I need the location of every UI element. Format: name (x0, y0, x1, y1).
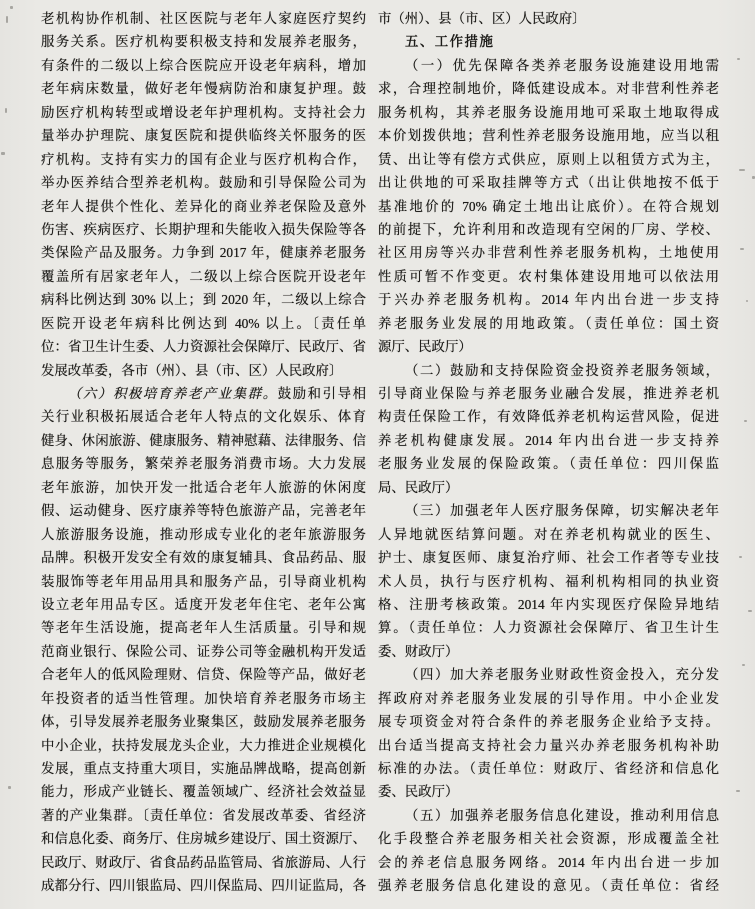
text-line: 疗机构。支持有实力的国有企业与医疗机构合作， (41, 148, 366, 171)
line-text: 体，引导发展养老服务业聚集区，鼓励发展养老服务 (41, 714, 366, 729)
line-text: 量举办护理院、康复医院和提供临终关怀服务的医 (41, 128, 366, 143)
text-line: 范商业银行、保险公司、证券公司等金融机构开发适 (41, 640, 366, 663)
text-line: （三）加强老年人医疗服务保障，切实解决老年 (378, 499, 719, 522)
text-line: 假、运动健身、医疗康养等特色旅游产品，完善老年 (41, 499, 366, 522)
text-line: 社区用房等兴办非营利性养老服务机构，土地使用 (378, 241, 719, 264)
line-text: 标准的办法。（责任单位：财政厅、省经济和信息化 (378, 761, 719, 776)
line-text: 民政厅、财政厅、省食品药品监管局、省旅游局、人行 (41, 855, 366, 870)
line-text: 老年旅游，加快开发一批适合老年人旅游的休闲度 (41, 480, 366, 495)
text-line: 老年病床数量，做好老年慢病防治和康复护理。鼓 (41, 77, 366, 100)
text-line: 于兴办养老服务机构。2014 年内出台进一步支持 (378, 288, 719, 311)
line-text: 格、注册考核政策。2014 年内实现医疗保险异地结 (378, 597, 719, 612)
line-text: 构责任保险工作，有效降低养老机构运营风险，促进 (378, 409, 719, 424)
text-line: 委、民政厅） (378, 780, 719, 803)
line-text: 品牌。积极开发安全有效的康复辅具、食品药品、服 (41, 550, 366, 565)
line-text: 年投资者的适当性管理。加快培育养老服务市场主 (41, 691, 366, 706)
line-text: 健身、休闲旅游、健康服务、精神慰藉、法律服务、信 (41, 433, 366, 448)
line-text: 术人员，执行与医疗机构、福利机构相同的执业资 (378, 574, 719, 589)
text-line: 发展，重点支持重大项目，实施品牌战略，提高创新 (41, 757, 366, 780)
text-line: 合老年人的低风险理财、信贷、保险等产品，做好老 (41, 663, 366, 686)
text-line: 病科比例达到 30% 以上；到 2020 年，二级以上综合 (41, 288, 366, 311)
text-line: 化手段整合养老服务相关社会资源，形成覆盖全社 (378, 827, 719, 850)
text-line: 养老机构健康发展。2014 年内出台进一步支持养 (378, 429, 719, 452)
scan-artifact (10, 6, 13, 9)
text-line: 举办医养结合型养老机构。鼓励和引导保险公司为 (41, 171, 366, 194)
text-line: 本价划拨供地；营利性养老服务设施用地，应当以租 (378, 124, 719, 147)
line-text: （五）加强养老服务信息化建设，推动利用信息 (405, 808, 719, 823)
text-line: 励医疗机构转型或增设老年护理机构。支持社会力 (41, 101, 366, 124)
text-line: 装服饰等老年用品用具和服务产品，引导商业机构 (41, 570, 366, 593)
text-line: 覆盖所有居家老年人，二级以上综合医院开设老年 (41, 265, 366, 288)
line-text: 本价划拨供地；营利性养老服务设施用地，应当以租 (378, 128, 719, 143)
text-line: 年投资者的适当性管理。加快培育养老服务市场主 (41, 687, 366, 710)
text-line: 引导商业保险与养老服务业融合发展，推进养老机 (378, 382, 719, 405)
line-text: 养老服务业发展的用地政策。（责任单位：国土资 (378, 316, 719, 331)
right-text-column: 市（州）、县（市、区）人民政府〕五、工作措施（一）优先保障各类养老服务设施建设用… (378, 7, 719, 898)
line-text: 人异地就医结算问题。对在养老机构就业的医生、 (378, 527, 719, 542)
line-text: 出台适当提高支持社会力量兴办养老服务机构补助 (378, 738, 719, 753)
line-text: （一）优先保障各类养老服务设施建设用地需 (405, 58, 719, 73)
text-line: 标准的办法。（责任单位：财政厅、省经济和信息化 (378, 757, 719, 780)
line-text: 性质可暂不作变更。农村集体建设用地可以依法用 (378, 269, 719, 284)
line-text: 合老年人的低风险理财、信贷、保险等产品，做好老 (41, 667, 366, 682)
text-line: 格、注册考核政策。2014 年内实现医疗保险异地结 (378, 593, 719, 616)
text-line: （一）优先保障各类养老服务设施建设用地需 (378, 54, 719, 77)
text-line: 和信息化委、商务厅、住房城乡建设厅、国土资源厅、 (41, 827, 366, 850)
text-line: 发展改革委，各市（州）、县（市、区）人民政府〕 (41, 359, 366, 382)
line-text: 举办医养结合型养老机构。鼓励和引导保险公司为 (41, 175, 366, 190)
line-text: 范商业银行、保险公司、证券公司等金融机构开发适 (41, 644, 366, 659)
line-text: 委、财政厅） (378, 644, 458, 659)
text-line: 品牌。积极开发安全有效的康复辅具、食品药品、服 (41, 546, 366, 569)
text-line: （二）鼓励和支持保险资金投资养老服务领域， (378, 359, 719, 382)
text-line: 求，合理控制地价，降低建设成本。对非营利性养老 (378, 77, 719, 100)
text-line: 中小企业，扶持发展龙头企业，大力推进企业规模化 (41, 734, 366, 757)
line-text: 出让供地的可采取挂牌等方式（出让供地按不低于 (378, 175, 719, 190)
line-text: 能力，形成产业链长、覆盖领域广、经济社会效益显 (41, 784, 366, 799)
line-text: 会的养老信息服务网络。2014 年内出台进一步加 (378, 855, 719, 870)
line-text: 委、民政厅） (378, 784, 458, 799)
line-text: 强养老服务信息化建设的意见。（责任单位：省经 (378, 878, 719, 893)
line-text: 的前提下，允许利用和改造现有空闲的厂房、学校、 (378, 222, 719, 237)
line-text: 人旅游服务设施，推动形成专业化的老年旅游服务 (41, 527, 366, 542)
line-text: 求，合理控制地价，降低建设成本。对非营利性养老 (378, 81, 719, 96)
scan-artifact (744, 420, 747, 422)
line-text: 源厅、民政厅） (378, 339, 472, 354)
line-text: 老年病床数量，做好老年慢病防治和康复护理。鼓 (41, 81, 366, 96)
text-line: 著的产业集群。〔责任单位：省发展改革委、省经济 (41, 804, 366, 827)
line-text: 中小企业，扶持发展龙头企业，大力推进企业规模化 (41, 738, 366, 753)
section-heading: 五、工作措施 (405, 34, 494, 49)
line-text: 老年人提供个性化、差异化的商业养老保险及意外 (41, 199, 366, 214)
text-line: 老服务业发展的保险政策。（责任单位：四川保监 (378, 452, 719, 475)
line-text: 假、运动健身、医疗康养等特色旅游产品，完善老年 (41, 503, 366, 518)
scan-artifact (746, 300, 748, 302)
text-line: 服务关系。医疗机构要积极支持和发展养老服务， (41, 30, 366, 53)
line-text: 服务关系。医疗机构要积极支持和发展养老服务， (41, 34, 366, 49)
line-text: 著的产业集群。〔责任单位：省发展改革委、省经济 (41, 808, 366, 823)
text-line: 民政厅、财政厅、省食品药品监管局、省旅游局、人行 (41, 851, 366, 874)
text-line: 体，引导发展养老服务业聚集区，鼓励发展养老服务 (41, 710, 366, 733)
scan-artifact (358, 294, 361, 297)
text-line: 医院开设老年病科比例达到 40% 以上。〔责任单 (41, 312, 366, 335)
text-line: 设立老年用品专区。适度开发老年住宅、老年公寓 (41, 593, 366, 616)
text-line: 委、财政厅） (378, 640, 719, 663)
text-line: （五）加强养老服务信息化建设，推动利用信息 (378, 804, 719, 827)
line-text: 市（州）、县（市、区）人民政府〕 (378, 11, 586, 26)
line-text: 局、民政厅） (378, 480, 458, 495)
scanned-document-page: 老机构协作机制、社区医院与老年人家庭医疗契约服务关系。医疗机构要积极支持和发展养… (0, 0, 755, 909)
line-text: 发展，重点支持重大项目，实施品牌战略，提高创新 (41, 761, 366, 776)
line-text: 护士、康复医师、康复治疗师、社会工作者等专业技 (378, 550, 719, 565)
line-text: 励医疗机构转型或增设老年护理机构。支持社会力 (41, 105, 366, 120)
text-line: 会的养老信息服务网络。2014 年内出台进一步加 (378, 851, 719, 874)
text-line: 健身、休闲旅游、健康服务、精神慰藉、法律服务、信 (41, 429, 366, 452)
text-line: 等老年生活设施，提高老年人生活质量。引导和规 (41, 616, 366, 639)
scan-artifact (740, 248, 744, 250)
text-line: 量举办护理院、康复医院和提供临终关怀服务的医 (41, 124, 366, 147)
line-text: 算。（责任单位：人力资源社会保障厅、省卫生计生 (378, 620, 719, 635)
line-text: 发展改革委，各市（州）、县（市、区）人民政府〕 (41, 363, 342, 378)
text-line: 源厅、民政厅） (378, 335, 719, 358)
text-line: 养老服务业发展的用地政策。（责任单位：国土资 (378, 312, 719, 335)
line-text: 老机构协作机制、社区医院与老年人家庭医疗契约 (41, 11, 366, 26)
text-line: 伤害、疾病医疗、长期护理和失能收入损失保险等各 (41, 218, 366, 241)
text-line: 关行业积极拓展适合老年人特点的文化娱乐、体育 (41, 405, 366, 428)
line-text: （三）加强老年人医疗服务保障，切实解决老年 (405, 503, 719, 518)
line-text: 和信息化委、商务厅、住房城乡建设厅、国土资源厅、 (41, 831, 366, 846)
line-text: 伤害、疾病医疗、长期护理和失能收入损失保险等各 (41, 222, 366, 237)
line-text: 赁、出让等有偿方式供应，原则上以租赁方式为主， (378, 152, 719, 167)
text-line: 挥政府对养老服务业发展的引导作用。中小企业发 (378, 687, 719, 710)
text-line: 服务机构，其养老服务设施用地可采取土地取得成 (378, 101, 719, 124)
text-line: （四）加大养老服务业财政性资金投入，充分发 (378, 663, 719, 686)
line-text: 病科比例达到 30% 以上；到 2020 年，二级以上综合 (41, 292, 366, 307)
line-text: 类保险产品及服务。力争到 2017 年，健康养老服务 (41, 245, 366, 260)
text-line: 赁、出让等有偿方式供应，原则上以租赁方式为主， (378, 148, 719, 171)
text-line: 性质可暂不作变更。农村集体建设用地可以依法用 (378, 265, 719, 288)
text-line: 市（州）、县（市、区）人民政府〕 (378, 7, 719, 30)
item-heading-kai: （六）积极培育养老产业集群。 (68, 386, 278, 401)
text-line: 人旅游服务设施，推动形成专业化的老年旅游服务 (41, 523, 366, 546)
text-line: 人异地就医结算问题。对在养老机构就业的医生、 (378, 523, 719, 546)
line-text: 有条件的二级以上综合医院应开设老年病科，增加 (41, 58, 366, 73)
line-text: 成都分行、四川银监局、四川保监局、四川证监局，各 (41, 878, 366, 893)
line-text: 医院开设老年病科比例达到 40% 以上。〔责任单 (41, 316, 366, 331)
scan-artifact (5, 108, 7, 113)
text-line: 强养老服务信息化建设的意见。（责任单位：省经 (378, 874, 719, 897)
line-text: 养老机构健康发展。2014 年内出台进一步支持养 (378, 433, 719, 448)
text-line: 能力，形成产业链长、覆盖领域广、经济社会效益显 (41, 780, 366, 803)
scan-artifact (6, 16, 8, 23)
text-line: 老年旅游，加快开发一批适合老年人旅游的休闲度 (41, 476, 366, 499)
text-line: 算。（责任单位：人力资源社会保障厅、省卫生计生 (378, 616, 719, 639)
text-line: 老机构协作机制、社区医院与老年人家庭医疗契约 (41, 7, 366, 30)
text-line: 展专项资金对符合条件的养老服务企业给予支持。 (378, 710, 719, 733)
text-line: 位：省卫生计生委、人力资源社会保障厅、民政厅、省 (41, 335, 366, 358)
line-text: （二）鼓励和支持保险资金投资养老服务领域， (405, 363, 719, 378)
line-text: 于兴办养老服务机构。2014 年内出台进一步支持 (378, 292, 719, 307)
line-text: 老服务业发展的保险政策。（责任单位：四川保监 (378, 456, 719, 471)
text-line: 局、民政厅） (378, 476, 719, 499)
text-line: 老年人提供个性化、差异化的商业养老保险及意外 (41, 195, 366, 218)
line-text: 挥政府对养老服务业发展的引导作用。中小企业发 (378, 691, 719, 706)
text-line: 护士、康复医师、康复治疗师、社会工作者等专业技 (378, 546, 719, 569)
text-line: 出让供地的可采取挂牌等方式（出让供地按不低于 (378, 171, 719, 194)
scan-artifact (748, 610, 752, 612)
line-text: 关行业积极拓展适合老年人特点的文化娱乐、体育 (41, 409, 366, 424)
text-line: 的前提下，允许利用和改造现有空闲的厂房、学校、 (378, 218, 719, 241)
scan-artifact (1, 152, 5, 155)
scan-artifact (739, 169, 745, 171)
text-line: 类保险产品及服务。力争到 2017 年，健康养老服务 (41, 241, 366, 264)
text-line: 五、工作措施 (378, 30, 719, 53)
line-text: 服务机构，其养老服务设施用地可采取土地取得成 (378, 105, 719, 120)
line-text: 设立老年用品专区。适度开发老年住宅、老年公寓 (41, 597, 366, 612)
line-text: 息服务等服务，繁荣养老服务消费市场。大力发展 (41, 456, 366, 471)
text-line: （六）积极培育养老产业集群。鼓励和引导相 (41, 382, 366, 405)
scan-artifact (736, 790, 740, 792)
line-text: 化手段整合养老服务相关社会资源，形成覆盖全社 (378, 831, 719, 846)
left-text-column: 老机构协作机制、社区医院与老年人家庭医疗契约服务关系。医疗机构要积极支持和发展养… (41, 7, 366, 898)
text-line: 息服务等服务，繁荣养老服务消费市场。大力发展 (41, 452, 366, 475)
line-text: 装服饰等老年用品用具和服务产品，引导商业机构 (41, 574, 366, 589)
line-text: 引导商业保险与养老服务业融合发展，推进养老机 (378, 386, 719, 401)
scan-artifact (742, 664, 745, 666)
line-text: 展专项资金对符合条件的养老服务企业给予支持。 (378, 714, 719, 729)
text-line: 有条件的二级以上综合医院应开设老年病科，增加 (41, 54, 366, 77)
scan-artifact (737, 58, 740, 60)
scan-artifact (739, 556, 742, 558)
line-text: 社区用房等兴办非营利性养老服务机构，土地使用 (378, 245, 719, 260)
text-line: 构责任保险工作，有效降低养老机构运营风险，促进 (378, 405, 719, 428)
text-line: 成都分行、四川银监局、四川保监局、四川证监局，各 (41, 874, 366, 897)
line-text: 覆盖所有居家老年人，二级以上综合医院开设老年 (41, 269, 366, 284)
scan-artifact (8, 786, 11, 789)
line-text: 等老年生活设施，提高老年人生活质量。引导和规 (41, 620, 366, 635)
text-line: 基准地价的 70% 确定土地出让底价）。在符合规划 (378, 195, 719, 218)
line-text: 位：省卫生计生委、人力资源社会保障厅、民政厅、省 (41, 339, 366, 354)
text-line: 术人员，执行与医疗机构、福利机构相同的执业资 (378, 570, 719, 593)
line-text: 疗机构。支持有实力的国有企业与医疗机构合作， (41, 152, 366, 167)
line-text: （四）加大养老服务业财政性资金投入，充分发 (405, 667, 719, 682)
line-text: 基准地价的 70% 确定土地出让底价）。在符合规划 (378, 199, 719, 214)
text-line: 出台适当提高支持社会力量兴办养老服务机构补助 (378, 734, 719, 757)
line-text: 鼓励和引导相 (278, 386, 366, 401)
